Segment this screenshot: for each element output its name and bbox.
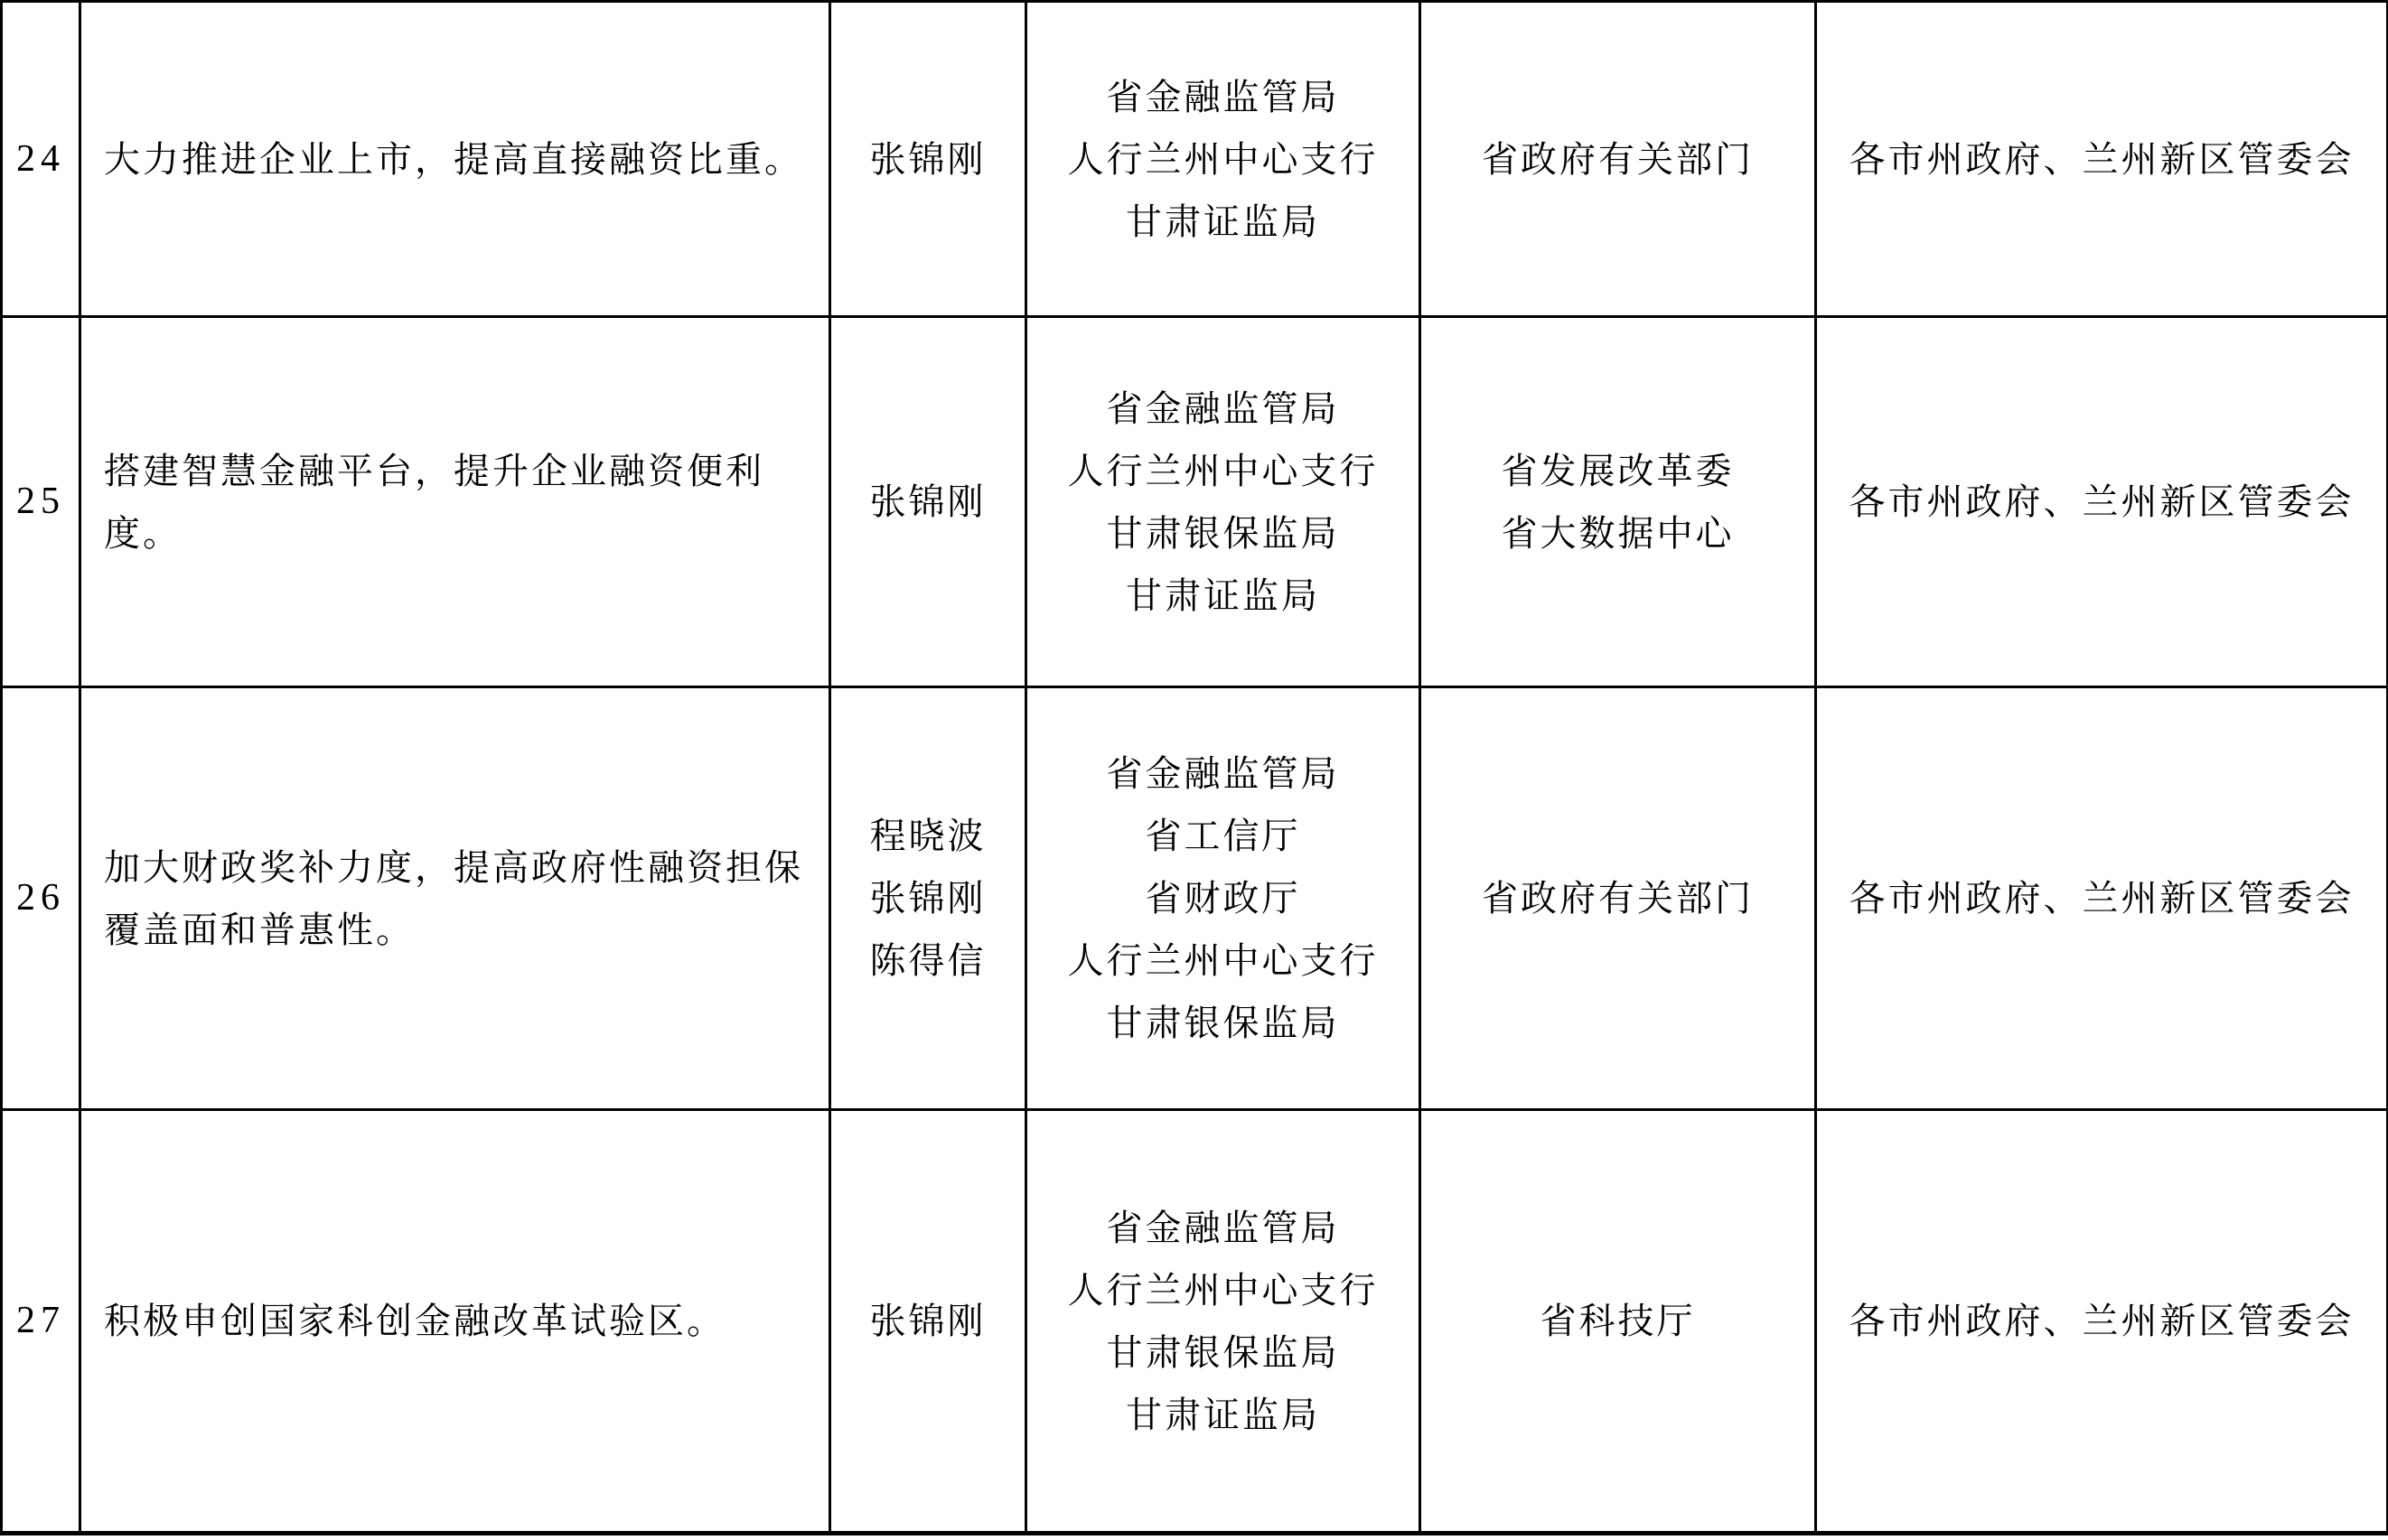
leader-cell: 张锦刚 [831, 1111, 1027, 1531]
cooperating-units-cell: 省发展改革委 省大数据中心 [1421, 318, 1817, 688]
document-page: 24 大力推进企业上市，提高直接融资比重。 张锦刚 省金融监管局 人行兰州中心支… [0, 0, 2388, 1540]
cooperating-units-cell: 省政府有关部门 [1421, 688, 1817, 1111]
row-number-cell: 24 [3, 3, 81, 318]
implementing-units-cell: 各市州政府、兰州新区管委会 [1817, 688, 2386, 1111]
row-number-cell: 26 [3, 688, 81, 1111]
leader-cell: 程晓波 张锦刚 陈得信 [831, 688, 1027, 1111]
leader-cell: 张锦刚 [831, 318, 1027, 688]
cooperating-units-cell: 省科技厅 [1421, 1111, 1817, 1531]
responsible-units-cell: 省金融监管局 人行兰州中心支行 甘肃银保监局 甘肃证监局 [1027, 1111, 1421, 1531]
implementing-units-cell: 各市州政府、兰州新区管委会 [1817, 3, 2386, 318]
responsible-units-cell: 省金融监管局 人行兰州中心支行 甘肃银保监局 甘肃证监局 [1027, 318, 1421, 688]
task-cell: 大力推进企业上市，提高直接融资比重。 [81, 3, 831, 318]
responsible-units-cell: 省金融监管局 省工信厅 省财政厅 人行兰州中心支行 甘肃银保监局 [1027, 688, 1421, 1111]
implementing-units-cell: 各市州政府、兰州新区管委会 [1817, 318, 2386, 688]
task-table: 24 大力推进企业上市，提高直接融资比重。 张锦刚 省金融监管局 人行兰州中心支… [0, 0, 2388, 1535]
task-cell: 搭建智慧金融平台，提升企业融资便利度。 [81, 318, 831, 688]
task-cell: 加大财政奖补力度，提高政府性融资担保覆盖面和普惠性。 [81, 688, 831, 1111]
implementing-units-cell: 各市州政府、兰州新区管委会 [1817, 1111, 2386, 1531]
responsible-units-cell: 省金融监管局 人行兰州中心支行 甘肃证监局 [1027, 3, 1421, 318]
row-number-cell: 25 [3, 318, 81, 688]
leader-cell: 张锦刚 [831, 3, 1027, 318]
row-number-cell: 27 [3, 1111, 81, 1531]
task-cell: 积极申创国家科创金融改革试验区。 [81, 1111, 831, 1531]
cooperating-units-cell: 省政府有关部门 [1421, 3, 1817, 318]
